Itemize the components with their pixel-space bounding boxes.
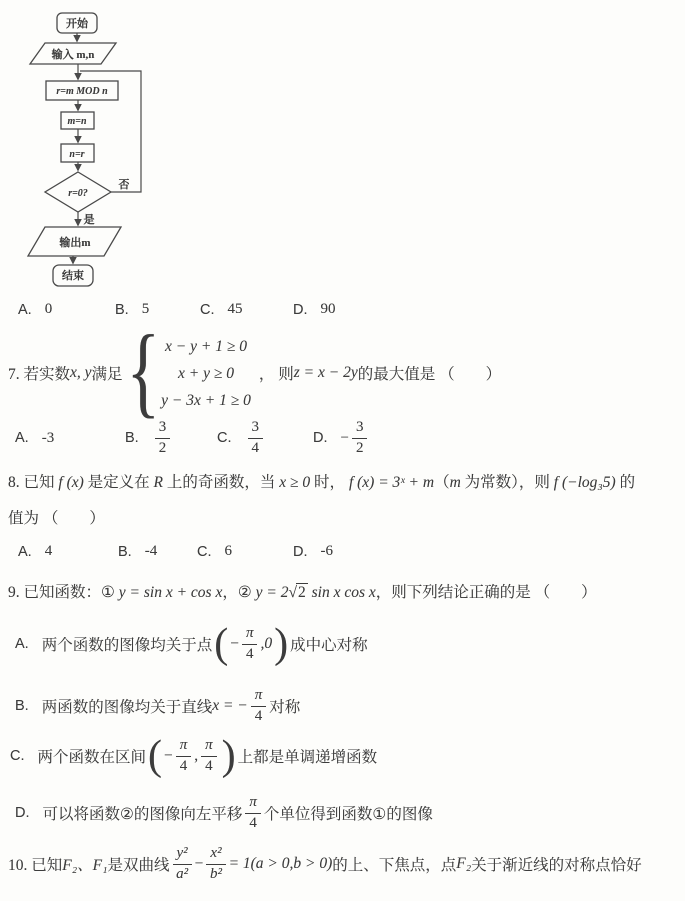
q8-math: f (x) = 3ˣ + m <box>349 474 434 491</box>
mod-node: r=m MOD n <box>46 81 118 100</box>
option-label: D. <box>313 430 328 446</box>
start-node: 开始 <box>57 13 97 33</box>
end-node: 结束 <box>53 265 93 286</box>
q8-text: （ <box>434 474 450 491</box>
option-8a: A.4 <box>18 543 52 560</box>
option-8b: B.-4 <box>118 543 157 560</box>
fraction-denominator: 2 <box>159 439 167 457</box>
assign-n-node: n=r <box>61 144 94 162</box>
fraction: π4 <box>176 737 192 775</box>
decision-node: r=0? <box>45 172 111 212</box>
output-node: 输出m <box>28 227 121 256</box>
q10-text: 关于渐近线的对称点恰好 <box>471 853 642 875</box>
fraction-denominator: b² <box>210 865 222 883</box>
option-text: 上都是单调递增函数 <box>238 745 378 767</box>
minus-sign: − <box>230 635 239 653</box>
fraction-denominator: a² <box>176 865 188 883</box>
option-label: A. <box>15 636 29 652</box>
radicand: 2 <box>296 583 308 601</box>
q8-text: 的 <box>616 474 635 491</box>
option-label: D. <box>293 302 308 318</box>
input-node: 输入 m,n <box>30 43 116 64</box>
minus-sign: − <box>164 747 173 765</box>
inequality-system: x − y + 1 ≥ 0 x + y ≥ 0 y − 3x + 1 ≥ 0 <box>161 333 251 414</box>
input-label: 输入 m,n <box>51 47 95 61</box>
option-label: C. <box>217 430 232 446</box>
fraction-numerator: π <box>176 737 192 756</box>
fraction-numerator: π <box>201 737 217 756</box>
option-6a: A.0 <box>18 301 52 318</box>
fraction: 34 <box>248 419 264 457</box>
option-text: 可以将函数②的图像向左平移 <box>43 802 243 824</box>
output-label: 输出m <box>58 235 90 249</box>
fraction-numerator: π <box>251 687 267 706</box>
option-value: 45 <box>228 301 243 318</box>
fraction-numerator: π <box>242 625 258 644</box>
big-right-paren: ) <box>222 735 236 777</box>
big-left-paren: ( <box>148 735 162 777</box>
question-7: 7. 若实数 x, y 满足 { x − y + 1 ≥ 0 x + y ≥ 0… <box>8 330 501 416</box>
option-text: 两函数的图像均关于直线 <box>42 695 213 717</box>
option-text: 两个函数的图像均关于点 <box>42 633 213 655</box>
option-label: B. <box>125 430 139 446</box>
question-10: 10. 已知 F₂、F₁ 是双曲线 y²a² − x²b² = 1(a > 0,… <box>8 840 642 888</box>
option-6c: C.45 <box>200 301 243 318</box>
option-label: C. <box>10 748 25 764</box>
assign-m-node: m=n <box>61 112 94 129</box>
option-value: 6 <box>225 543 233 560</box>
option-6b: B.5 <box>115 301 149 318</box>
q9-text: ，则下列结论正确的是 （ ） <box>376 584 597 601</box>
q8-text: 是定义在 <box>84 474 154 491</box>
q9-math: y = 2 <box>256 584 289 601</box>
option-value: -6 <box>321 543 334 560</box>
q7-text: ， 则 <box>259 362 294 384</box>
fraction: y²a² <box>173 845 192 883</box>
q8-math: f (x) <box>58 474 83 491</box>
fraction-numerator: y² <box>173 845 192 864</box>
fraction: π4 <box>242 625 258 663</box>
big-right-paren: ) <box>274 623 288 665</box>
option-label: A. <box>18 302 32 318</box>
fraction: 32 <box>155 419 171 457</box>
start-label: 开始 <box>66 16 89 30</box>
option-label: D. <box>15 805 30 821</box>
q7-objective: z = x − 2y <box>294 364 358 382</box>
option-7c: C. 34 <box>217 416 266 460</box>
option-7b: B. 32 <box>125 416 173 460</box>
q10-text: 的上、下焦点，点 <box>332 853 456 875</box>
option-text: 个单位得到函数①的图像 <box>264 802 433 824</box>
option-label: A. <box>15 430 29 446</box>
q9-text: ，② <box>222 584 255 601</box>
question-8-line1: 8. 已知 f (x) 是定义在 R 上的奇函数，当 x ≥ 0 时， f (x… <box>8 470 635 492</box>
q7-vars: x, y <box>70 364 92 382</box>
option-7d: D. − 32 <box>313 416 370 460</box>
option-8c: C.6 <box>197 543 232 560</box>
option-value: 4 <box>45 543 53 560</box>
fraction-denominator: 4 <box>205 757 213 775</box>
option-value: -4 <box>145 543 158 560</box>
q8-text: 上的奇函数，当 <box>163 474 279 491</box>
q8-text: 8. 已知 <box>8 474 58 491</box>
fraction-denominator: 2 <box>356 439 364 457</box>
flowchart: 开始 输入 m,n r=m MOD n m=n n=r r=0? 否 是 <box>0 0 230 300</box>
q9-math: y = sin x + cos x <box>119 584 223 601</box>
decision-label: r=0? <box>68 188 88 199</box>
no-label: 否 <box>119 177 130 191</box>
fraction-denominator: 4 <box>252 439 260 457</box>
fraction-denominator: 4 <box>246 645 254 663</box>
fraction: π4 <box>245 794 261 832</box>
minus-sign: − <box>195 855 204 873</box>
assign-n-label: n=r <box>69 149 84 160</box>
fraction-numerator: 3 <box>248 419 264 438</box>
question-9-option-a: A. 两个函数的图像均关于点 ( − π4 ,0 ) 成中心对称 <box>15 620 368 668</box>
q10-constraint: = 1(a > 0,b > 0) <box>229 855 333 873</box>
fraction: 32 <box>352 419 368 457</box>
q8-math: x ≥ 0 <box>279 474 310 491</box>
yes-label: 是 <box>84 212 95 226</box>
comma: , <box>194 747 198 765</box>
q8-math: R <box>154 474 163 491</box>
fraction-numerator: 3 <box>352 419 368 438</box>
inequality-3: y − 3x + 1 ≥ 0 <box>161 387 251 414</box>
inequality-2: x + y ≥ 0 <box>161 360 251 387</box>
fraction: π4 <box>251 687 267 725</box>
option-value: 90 <box>321 301 336 318</box>
option-label: C. <box>197 544 212 560</box>
q8-math: m <box>450 474 461 491</box>
fraction-denominator: 4 <box>180 757 188 775</box>
fraction-numerator: 3 <box>155 419 171 438</box>
option-value: 0 <box>45 301 53 318</box>
inequality-1: x − y + 1 ≥ 0 <box>161 333 251 360</box>
big-left-paren: ( <box>214 623 228 665</box>
option-8d: D.-6 <box>293 543 333 560</box>
q9-text: 9. 已知函数：① <box>8 584 119 601</box>
mod-label: r=m MOD n <box>56 86 108 97</box>
q7-text: 7. 若实数 <box>8 362 70 384</box>
fraction-denominator: 4 <box>255 707 263 725</box>
system-brace: { <box>127 322 161 424</box>
fraction-denominator: 4 <box>249 814 257 832</box>
point-coordinate: ,0 <box>260 635 272 653</box>
q10-foci: F₂、F₁ <box>62 853 107 875</box>
option-label: D. <box>293 544 308 560</box>
q8-text: 为常数），则 <box>461 474 554 491</box>
end-label: 结束 <box>62 268 84 282</box>
option-text: 对称 <box>269 695 300 717</box>
question-9-title: 9. 已知函数：① y = sin x + cos x，② y = 2√2 si… <box>8 580 597 602</box>
option-label: C. <box>200 302 215 318</box>
q10-focus: F₂ <box>456 855 471 873</box>
question-9-option-d: D. 可以将函数②的图像向左平移 π4 个单位得到函数①的图像 <box>15 793 433 833</box>
q8-math: f (−log₃5) <box>554 474 616 491</box>
q7-text: 的最大值是 （ ） <box>358 362 501 384</box>
option-label: B. <box>115 302 129 318</box>
q8-text: 时， <box>310 474 349 491</box>
question-8-line2: 值为 （ ） <box>8 506 105 528</box>
fraction-numerator: π <box>245 794 261 813</box>
option-math: x = − <box>212 697 248 715</box>
question-9-option-c: C. 两个函数在区间 ( − π4 , π4 ) 上都是单调递增函数 <box>10 732 377 780</box>
q10-text: 10. 已知 <box>8 853 62 875</box>
q7-text: 满足 <box>92 362 123 384</box>
option-label: B. <box>15 698 29 714</box>
option-text: 成中心对称 <box>290 633 368 655</box>
option-6d: D.90 <box>293 301 336 318</box>
option-text: 两个函数在区间 <box>38 745 147 767</box>
assign-m-label: m=n <box>67 116 86 127</box>
q10-text: 是双曲线 <box>107 853 169 875</box>
option-label: B. <box>118 544 132 560</box>
q9-math: sin x cos x <box>308 584 376 601</box>
exam-page: 开始 输入 m,n r=m MOD n m=n n=r r=0? 否 是 <box>0 0 685 901</box>
option-value: 5 <box>142 301 150 318</box>
option-value: -3 <box>42 430 55 447</box>
fraction: π4 <box>201 737 217 775</box>
fraction: x²b² <box>206 845 225 883</box>
minus-sign: − <box>341 430 349 447</box>
question-9-option-b: B. 两函数的图像均关于直线 x = − π4 对称 <box>15 686 300 726</box>
option-7a: A. -3 <box>15 416 54 460</box>
option-label: A. <box>18 544 32 560</box>
fraction-numerator: x² <box>206 845 225 864</box>
